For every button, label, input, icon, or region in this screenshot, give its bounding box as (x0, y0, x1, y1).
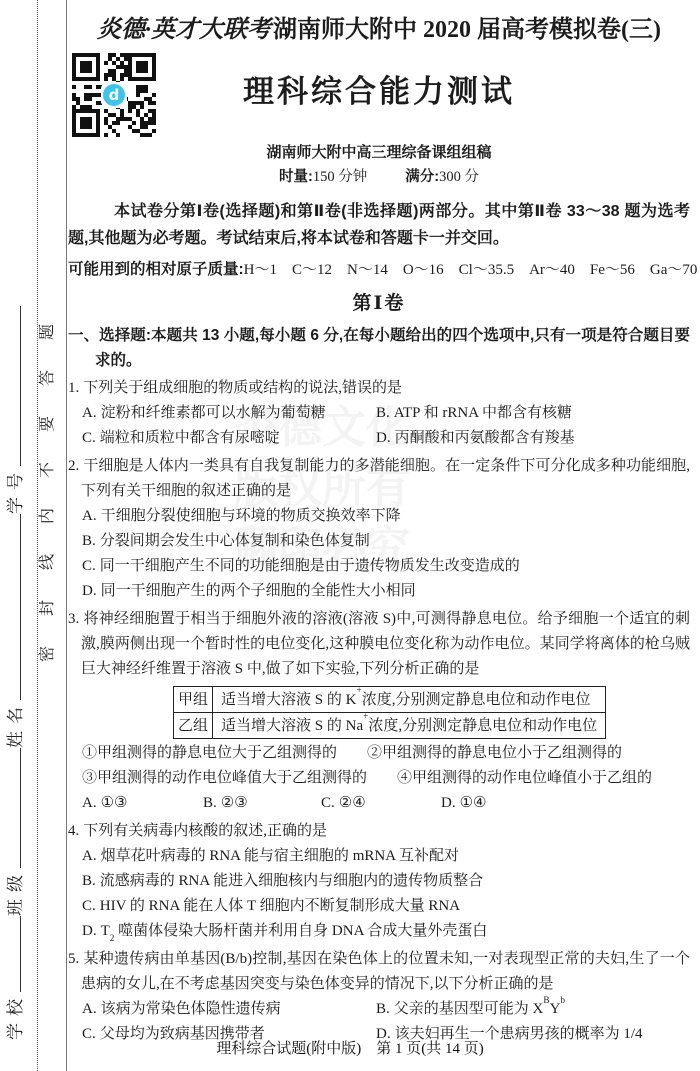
question-item-5: 5.某种遗传病由单基因(B/b)控制,基因在染色体上的位置未知,一对表现型正常的… (68, 947, 690, 1047)
option-label: D. (376, 430, 391, 446)
exam-notice: 本试卷分第Ⅰ卷(选择题)和第Ⅱ卷(非选择题)两部分。其中第Ⅱ卷 33～38 题为… (68, 198, 690, 252)
option-label: C. (82, 558, 96, 574)
option-A: A.烟草花叶病毒的 RNA 能与宿主细胞的 mRNA 互补配对 (68, 844, 690, 869)
option-label: C. (321, 795, 335, 811)
option-label: B. (82, 533, 96, 549)
seal-field-label: 学号 (6, 466, 25, 514)
option-label: D. (82, 583, 97, 599)
question-item-1: 1.下列关于组成细胞的物质或结构的说法,错误的是A.淀粉和纤维素都可以水解为葡萄… (68, 376, 690, 451)
atomic-mass-values: H～1 C～12 N～14 O～16 Cl～35.5 Ar～40 Fe～56 G… (244, 262, 698, 278)
seal-field-label: 姓名 (6, 700, 25, 748)
statement: ①甲组测得的静息电位大于乙组测得的 (82, 741, 337, 766)
statement-row: ①甲组测得的静息电位大于乙组测得的②甲组测得的静息电位小于乙组测得的 (68, 741, 690, 766)
seal-warning-text: 密封线内不要答题 (36, 290, 60, 666)
brand-name: 炎德·英才大联考 (97, 17, 271, 43)
option-B: B.流感病毒的 RNA 能进入细胞核内与细胞内的遗传物质整合 (68, 869, 690, 894)
option-label: A. (82, 1001, 97, 1017)
question-stem: 3.将神经细胞置于相当于细胞外液的溶液(溶液 S)中,可测得静息电位。给予细胞一… (68, 607, 690, 682)
option-label: A. (82, 795, 97, 811)
statement: ③甲组测得的动作电位峰值大于乙组测得的 (82, 766, 367, 791)
statement-row: ③甲组测得的动作电位峰值大于乙组测得的④甲组测得的动作电位峰值小于乙组的 (68, 766, 690, 791)
option-label: A. (82, 848, 97, 864)
question-number: 2. (68, 458, 79, 474)
option-label: D. (82, 923, 97, 939)
question-number: 4. (68, 823, 79, 839)
duration-label: 时量: (279, 169, 313, 185)
seal-field-label: 班级 (6, 868, 25, 916)
page-footer: 理科综合试题(附中版) 第 1 页(共 14 页) (0, 1038, 700, 1060)
question-stem: 1.下列关于组成细胞的物质或结构的说法,错误的是 (68, 376, 690, 401)
score-value: 300 分 (439, 169, 479, 185)
seal-blank-line (2, 306, 21, 466)
table-group-cell: 乙组 (174, 713, 213, 739)
seal-solid-line (66, 0, 67, 1071)
option-label: B. (203, 795, 217, 811)
option-A: A.该病为常染色体隐性遗传病 (82, 997, 376, 1022)
question-stem: 4.下列有关病毒内核酸的叙述,正确的是 (68, 819, 690, 844)
option-D: D.①④ (441, 791, 690, 816)
option-label: D. (441, 795, 456, 811)
option-label: C. (82, 898, 96, 914)
question-stem: 2.干细胞是人体内一类具有自我复制能力的多潜能细胞。在一定条件下可分化成多种功能… (68, 454, 690, 504)
seal-field-label: 学校 (6, 992, 25, 1040)
question-number: 1. (68, 380, 79, 396)
question-number: 3. (68, 611, 79, 627)
statement: ②甲组测得的静息电位小于乙组测得的 (367, 741, 622, 766)
table-group-cell: 甲组 (174, 687, 213, 713)
option-A: A.干细胞分裂使细胞与环境的物质交换效率下降 (68, 504, 690, 529)
question-item-2: 2.干细胞是人体内一类具有自我复制能力的多潜能细胞。在一定条件下可分化成多种功能… (68, 454, 690, 604)
option-C: C.②④ (321, 791, 441, 816)
option-label: B. (376, 405, 390, 421)
atomic-mass-line: 可能用到的相对原子质量:H～1 C～12 N～14 O～16 Cl～35.5 A… (68, 258, 690, 282)
table-row: 甲组适当增大溶液 S 的 K+浓度,分别测定静息电位和动作电位 (174, 687, 606, 713)
exam-meta: 时量:150 分钟满分:300 分 (68, 166, 690, 188)
page-title: 理科综合能力测试 (68, 72, 690, 112)
seal-fill-in-labels: 学校班级姓名学号 (2, 160, 28, 1040)
option-C: C.端粒和质粒中都含有尿嘧啶 (82, 426, 376, 451)
seal-blank-line (2, 748, 21, 868)
option-label: B. (82, 873, 96, 889)
question-item-3: 3.将神经细胞置于相当于细胞外液的溶液(溶液 S)中,可测得静息电位。给予细胞一… (68, 607, 690, 816)
question-item-4: 4.下列有关病毒内核酸的叙述,正确的是A.烟草花叶病毒的 RNA 能与宿主细胞的… (68, 819, 690, 944)
option-A: A.淀粉和纤维素都可以水解为葡萄糖 (82, 401, 376, 426)
seal-blank-line (2, 514, 21, 700)
exam-edition-title: 湖南师大附中 2020 届高考模拟卷(三) (273, 17, 661, 43)
option-D: D.T2 噬菌体侵染大肠杆菌并利用自身 DNA 合成大量外壳蛋白 (68, 919, 690, 944)
options-grid: A.①③B.②③C.②④D.①④ (68, 791, 690, 816)
question-stem: 5.某种遗传病由单基因(B/b)控制,基因在染色体上的位置未知,一对表现型正常的… (68, 947, 690, 997)
option-D: D.丙酮酸和丙氨酸都含有羧基 (376, 426, 690, 451)
questions-list: 1.下列关于组成细胞的物质或结构的说法,错误的是A.淀粉和纤维素都可以水解为葡萄… (68, 376, 690, 1047)
score-label: 满分: (405, 169, 439, 185)
option-B: B.②③ (203, 791, 321, 816)
table-row: 乙组适当增大溶液 S 的 Na+浓度,分别测定静息电位和动作电位 (174, 713, 606, 739)
option-label: A. (82, 508, 97, 524)
option-label: B. (376, 1001, 390, 1017)
part1-heading: 第Ⅰ卷 (68, 290, 690, 318)
option-D: D.同一干细胞产生的两个子细胞的全能性大小相同 (68, 579, 690, 604)
options-grid: A.淀粉和纤维素都可以水解为葡萄糖B.ATP 和 rRNA 中都含有核糖C.端粒… (68, 401, 690, 451)
option-C: C.同一干细胞产生不同的功能细胞是由于遗传物质发生改变造成的 (68, 554, 690, 579)
exam-series-title: 炎德·英才大联考湖南师大附中 2020 届高考模拟卷(三) (68, 14, 690, 46)
statement: ④甲组测得的动作电位峰值小于乙组的 (397, 766, 652, 791)
table-desc-cell: 适当增大溶液 S 的 Na+浓度,分别测定静息电位和动作电位 (213, 713, 606, 739)
option-B: B.父亲的基因型可能为 XBYb (376, 997, 690, 1022)
exam-paper-page: 学校班级姓名学号 密封线内不要答题 d 炎德文化版权所有翻印必究 炎德·英才大联… (0, 0, 700, 1071)
option-C: C.HIV 的 RNA 能在人体 T 细胞内不断复制形成大量 RNA (68, 894, 690, 919)
table-desc-cell: 适当增大溶液 S 的 K+浓度,分别测定静息电位和动作电位 (213, 687, 606, 713)
seal-blank-line (2, 916, 21, 992)
exam-content: 炎德·英才大联考湖南师大附中 2020 届高考模拟卷(三) 理科综合能力测试 湖… (68, 14, 690, 1047)
question-number: 5. (68, 951, 79, 967)
experiment-table: 甲组适当增大溶液 S 的 K+浓度,分别测定静息电位和动作电位乙组适当增大溶液 … (173, 686, 606, 739)
atomic-mass-label: 可能用到的相对原子质量: (68, 261, 244, 278)
option-A: A.①③ (82, 791, 203, 816)
option-B: B.ATP 和 rRNA 中都含有核糖 (376, 401, 690, 426)
option-label: C. (82, 430, 96, 446)
duration-value: 150 分钟 (313, 169, 367, 185)
section1-intro: 一、选择题:本题共 13 小题,每小题 6 分,在每小题给出的四个选项中,只有一… (68, 323, 690, 373)
subtitle: 湖南师大附中高三理综备课组组稿 (68, 142, 690, 164)
option-B: B.分裂间期会发生中心体复制和染色体复制 (68, 529, 690, 554)
option-label: A. (82, 405, 97, 421)
